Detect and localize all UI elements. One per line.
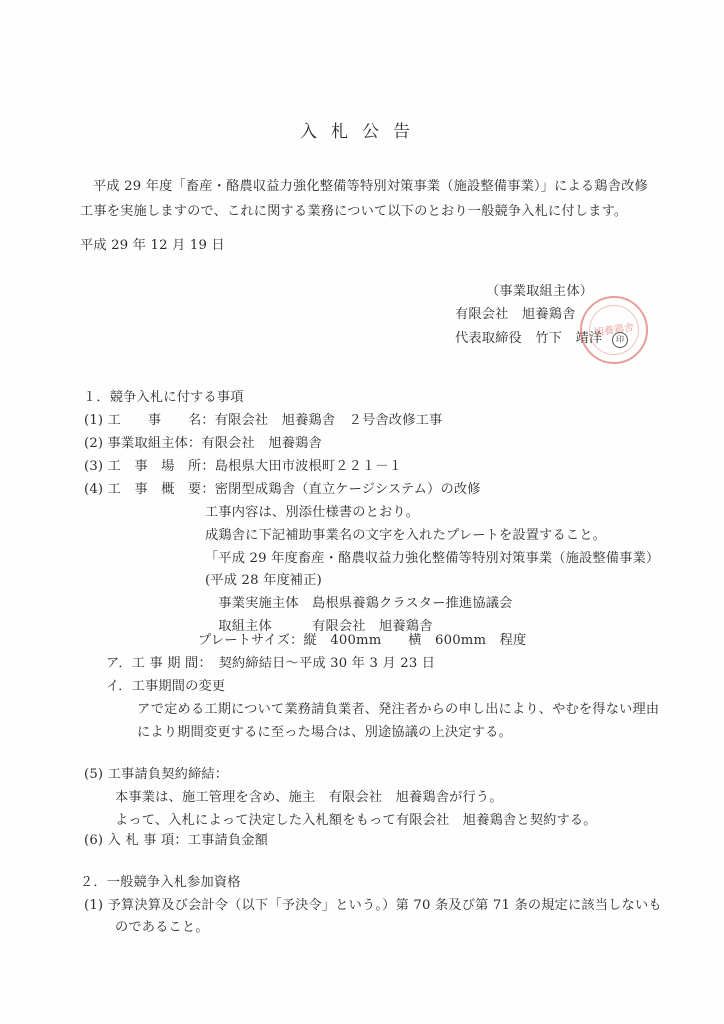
section1-item-2: (2) 事業取組主体：有限会社 旭養鶏舎 [84,435,322,453]
overview-detail-7: プレートサイズ：縦 400mm 横 600mm 程度 [198,632,526,650]
section1-heading: １．競争入札に付する事項 [83,389,244,407]
stamp-text: 旭養鶏舎 [578,294,650,366]
intro-line-2: 工事を実施しますので、これに関する業務について以下のとおり一般競争入札に付します… [80,203,627,221]
issuer-company: 有限会社 旭養鶏舎 [455,306,576,324]
overview-detail-3: 「平成 29 年度畜産・酪農収益力強化整備等特別対策事業（施設整備事業） [205,550,659,568]
period-change-text-1: アで定める工期について業務請負業者、発注者からの申し出により、やむを得ない理由 [137,701,659,719]
item5-text-2: よって、入札によって決定した入札額をもって有限会社 旭養鶏舎と契約する。 [115,812,597,830]
overview-detail-4: (平成 28 年度補正) [205,572,322,590]
section2-item1-line2: のであること。 [115,919,209,937]
item5-heading: (5) 工事請負契約締結： [84,766,228,784]
seal-mark-icon: 印 [612,332,628,348]
overview-detail-2: 成鶏舎に下記補助事業名の文字を入れたプレートを設置すること。 [205,527,606,545]
overview-detail-5: 事業実施主体 島根県養鶏クラスター推進協議会 [205,595,513,613]
overview-detail-1: 工事内容は、別添仕様書のとおり。 [205,504,419,522]
item6: (6) 入 札 事 項：工事請負金額 [84,832,268,850]
section1-item-1: (1) 工 事 名：有限会社 旭養鶏舎 ２号舎改修工事 [84,412,442,430]
item5-text-1: 本事業は、施工管理を含め、施主 有限会社 旭養鶏舎が行う。 [115,789,503,807]
section2-heading: ２．一般競争入札参加資格 [80,874,241,892]
section1-item-4: (4) 工 事 概 要：密閉型成鶏舎（直立ケージシステム）の改修 [84,481,481,499]
document-page: 入札公告 平成 29 年度「畜産・酪農収益力強化整備等特別対策事業（施設整備事業… [0,0,724,1024]
period-change-heading: イ．工事期間の変更 [106,678,225,696]
company-seal-stamp: 旭養鶏舎 [580,296,648,364]
section2-item1-line1: (1) 予算決算及び会計令（以下「予決令」という。）第 70 条及び第 71 条… [84,897,662,915]
intro-line-1: 平成 29 年度「畜産・酪農収益力強化整備等特別対策事業（施設整備事業）」による… [93,178,648,196]
period-change-text-2: により期間変更するに至った場合は、別途協議の上決定する。 [137,724,512,742]
page-title: 入札公告 [0,117,724,142]
work-period: ア．工 事 期 間： 契約締結日～平成 30 年 3 月 23 日 [106,655,435,673]
issuer-role-label: （事業取組主体） [486,283,593,301]
section1-item-3: (3) 工 事 場 所：島根県大田市波根町２２１－１ [84,458,402,476]
issue-date: 平成 29 年 12 月 19 日 [80,237,225,255]
